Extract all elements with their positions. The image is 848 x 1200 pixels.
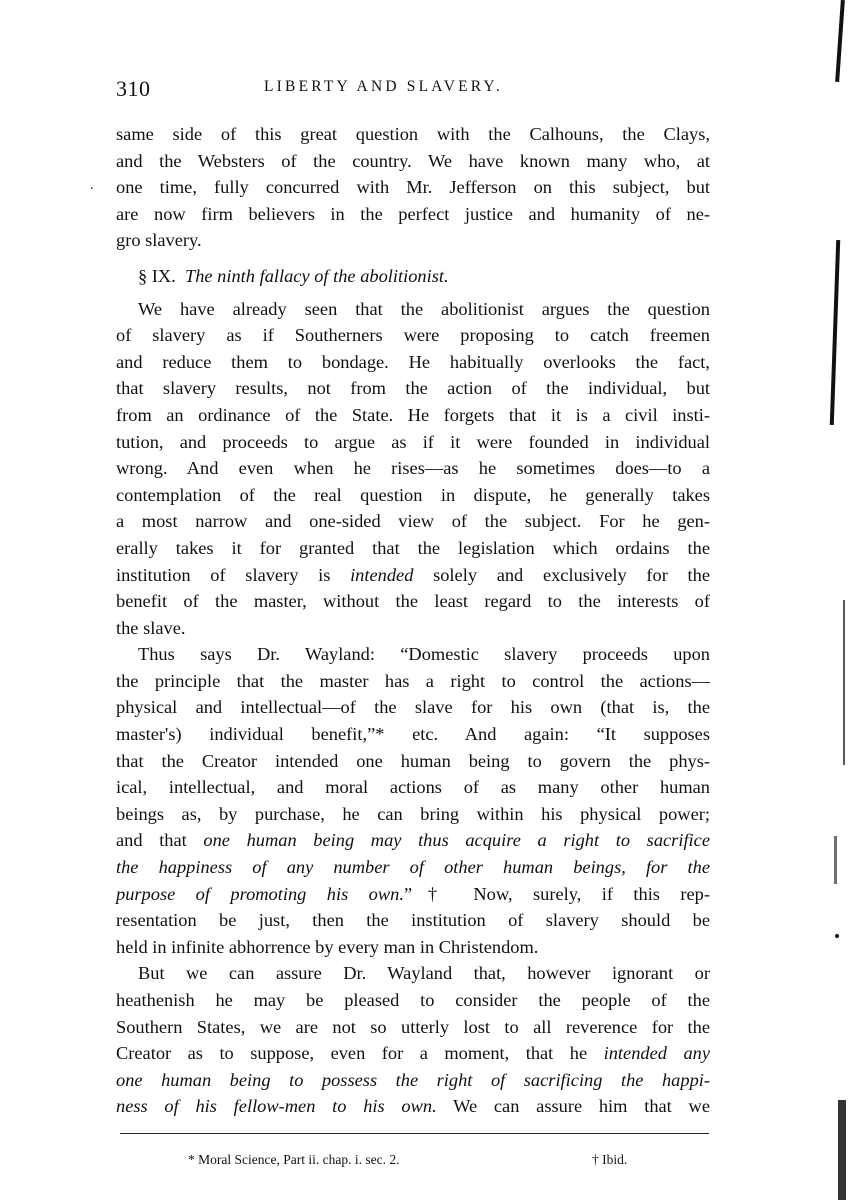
text-line: one time, fully concurred with Mr. Jeffe…: [116, 174, 710, 201]
book-page: 310 LIBERTY AND SLAVERY. same side of th…: [0, 0, 848, 1200]
running-title: LIBERTY AND SLAVERY.: [264, 78, 503, 96]
scan-edge-mark: [834, 836, 837, 884]
text-line: erally takes it for granted that the leg…: [116, 535, 710, 562]
text-run: and that: [116, 830, 203, 850]
text-line: benefit of the master, without the least…: [116, 588, 710, 615]
text-line: master's) individual benefit,”* etc. And…: [116, 721, 710, 748]
text-line: contemplation of the real question in di…: [116, 482, 710, 509]
scan-edge-mark: [843, 600, 845, 765]
emphasis-run: one human being to possess the right of …: [116, 1070, 710, 1090]
text-line: and that one human being may thus acquir…: [116, 827, 710, 854]
section-marker: § IX.: [138, 266, 176, 286]
text-line: Thus says Dr. Wayland: “Domestic slavery…: [116, 641, 710, 668]
stray-mark: .: [90, 178, 94, 194]
text-line: that the Creator intended one human bein…: [116, 748, 710, 775]
text-line: Creator as to suppose, even for a moment…: [116, 1040, 710, 1067]
scan-edge-mark: [838, 1100, 846, 1200]
text-line: same side of this great question with th…: [116, 121, 710, 148]
text-line: ness of his fellow-men to his own. We ca…: [116, 1093, 710, 1120]
text-run: institution of slavery is: [116, 565, 350, 585]
emphasis-run: ness of his fellow-men to his own.: [116, 1096, 437, 1116]
text-line: institution of slavery is intended solel…: [116, 562, 710, 589]
text-line: physical and intellectual—of the slave f…: [116, 694, 710, 721]
text-line: and reduce them to bondage. He habituall…: [116, 349, 710, 376]
text-line: a most narrow and one-sided view of the …: [116, 508, 710, 535]
page-number: 310: [116, 76, 151, 102]
text-line: wrong. And even when he rises—as he some…: [116, 455, 710, 482]
text-line: the slave.: [116, 615, 710, 642]
section-heading: § IX. The ninth fallacy of the abolition…: [116, 263, 710, 290]
emphasis-run: purpose of promoting his own.: [116, 884, 404, 904]
text-line: ical, intellectual, and moral actions of…: [116, 774, 710, 801]
text-line: purpose of promoting his own.”† Now, sur…: [116, 881, 710, 908]
emphasis-run: intended any: [604, 1043, 710, 1063]
scan-edge-mark: [835, 0, 845, 82]
text-line: and the Websters of the country. We have…: [116, 148, 710, 175]
body-text: same side of this great question with th…: [116, 121, 710, 1120]
emphasis-run: the happiness of any number of other hum…: [116, 857, 710, 877]
text-line: one human being to possess the right of …: [116, 1067, 710, 1094]
text-run: ”† Now, surely, if this rep-: [404, 884, 710, 904]
text-line: Southern States, we are not so utterly l…: [116, 1014, 710, 1041]
text-line: beings as, by purchase, he can bring wit…: [116, 801, 710, 828]
text-line: tution, and proceeds to argue as if it w…: [116, 429, 710, 456]
running-head: 310 LIBERTY AND SLAVERY.: [116, 74, 710, 104]
emphasis-run: one human being may thus acquire a right…: [203, 830, 710, 850]
text-line: from an ordinance of the State. He forge…: [116, 402, 710, 429]
text-line: But we can assure Dr. Wayland that, howe…: [116, 960, 710, 987]
text-line: the happiness of any number of other hum…: [116, 854, 710, 881]
text-line: gro slavery.: [116, 227, 710, 254]
emphasis-run: intended: [350, 565, 413, 585]
text-line: We have already seen that the abolitioni…: [116, 296, 710, 323]
text-line: of slavery as if Southerners were propos…: [116, 322, 710, 349]
text-line: are now firm believers in the perfect ju…: [116, 201, 710, 228]
footnote-rule: [120, 1133, 709, 1134]
text-run: Creator as to suppose, even for a moment…: [116, 1043, 604, 1063]
text-line: the principle that the master has a righ…: [116, 668, 710, 695]
section-title: The ninth fallacy of the abolitionist.: [185, 266, 449, 286]
footnote-star: * Moral Science, Part ii. chap. i. sec. …: [188, 1152, 399, 1168]
text-line: heathenish he may be pleased to consider…: [116, 987, 710, 1014]
text-line: resentation be just, then the institutio…: [116, 907, 710, 934]
text-line: that slavery results, not from the actio…: [116, 375, 710, 402]
scan-edge-mark: [835, 934, 839, 938]
footnote-dagger: † Ibid.: [592, 1152, 627, 1168]
text-run: solely and exclusively for the: [413, 565, 710, 585]
text-line: held in infinite abhorrence by every man…: [116, 934, 710, 961]
text-run: We can assure him that we: [437, 1096, 710, 1116]
scan-edge-mark: [830, 240, 840, 425]
